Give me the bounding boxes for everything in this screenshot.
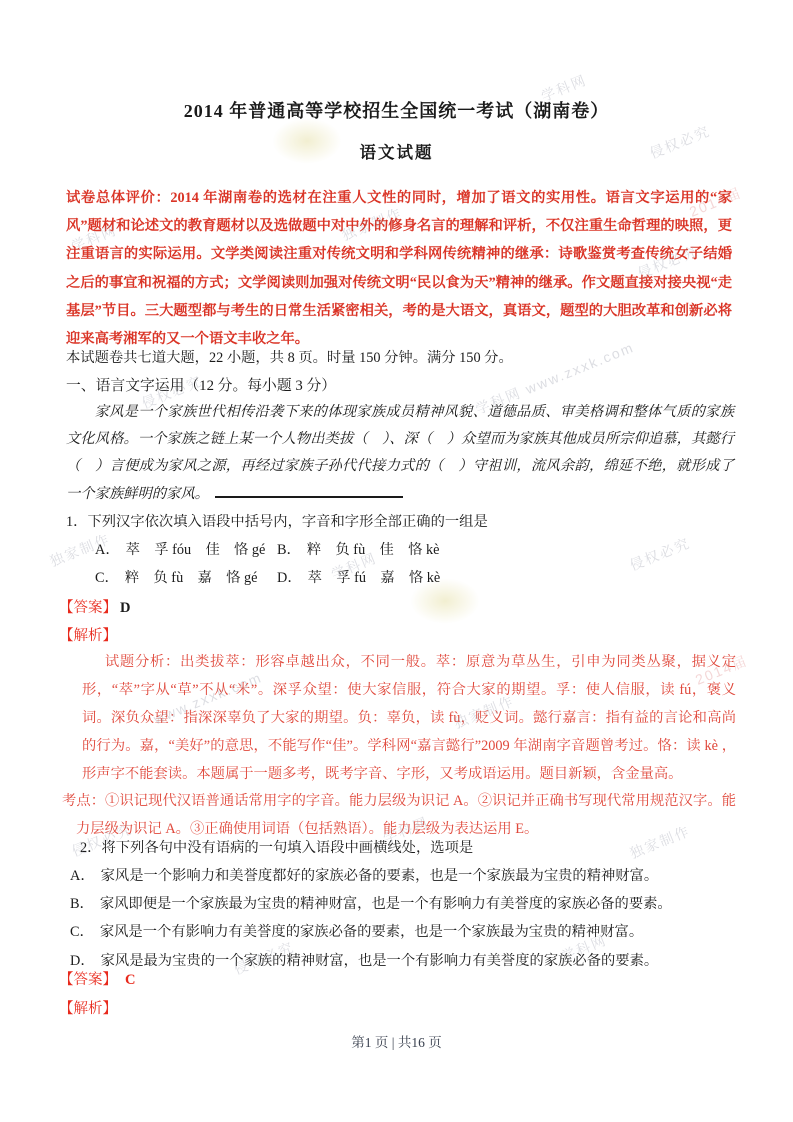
question-2-block: 2．将下列各句中没有语病的一句填入语段中画横线处，选项是 A．家风是一个影响力和… [66,834,736,975]
q2-option-c-label: C． [70,924,94,940]
exam-document-page: 2014 年普通高等学校招生全国统一考试（湖南卷） 语文试题 试卷总体评价：20… [0,0,793,1122]
q1-answer-label: 【答案】 [59,600,117,616]
section-1-heading: 一、语言文字运用（12 分。每小题 3 分） [66,372,732,401]
q1-option-d: D．萃 孚 fú 嘉 恪 kè [277,564,715,592]
q1-analysis-block: 试题分析：出类拔萃：形容卓越出众，不同一般。萃：原意为草丛生，引申为同类丛聚，据… [66,648,736,843]
page-footer: 第1 页 | 共16 页 [0,1033,793,1053]
q1-option-b-text: 粹 负 fù 佳 恪 kè [307,542,440,558]
q1-option-b: B．粹 负 fù 佳 恪 kè [277,536,715,564]
q2-option-b-text: 家风即便是一个家族最为宝贵的精神财富，也是一个有影响力有美誉度的家族必备的要素。 [100,896,672,912]
evaluation-paragraph: 试卷总体评价：2014 年湖南卷的选材在注重人文性的同时，增加了语文的实用性。语… [66,184,732,353]
q1-option-b-label: B． [277,542,301,558]
q2-answer-line: 【答案】C [59,966,459,994]
exam-info-line: 本试题卷共七道大题，22 小题，共 8 页。时量 150 分钟。满分 150 分… [66,344,732,372]
q2-option-c-text: 家风是一个有影响力有美誉度的家族必备的要素，也是一个家族最为宝贵的精神财富。 [100,924,643,940]
q2-answer-value: C [125,972,135,988]
q2-analysis-label: 【解析】 [59,995,459,1023]
passage-text: 家风是一个家族世代相传沿袭下来的体现家族成员精神风貌、道德品质、审美格调和整体气… [66,404,734,502]
q2-option-a-label: A． [70,868,95,884]
q1-option-d-label: D． [277,570,302,586]
q1-option-a-label: A． [95,542,120,558]
q1-option-a: A．萃 孚 fóu 佳 恪 gé [95,536,277,564]
q1-analysis-text: 试题分析：出类拔萃：形容卓越出众，不同一般。萃：原意为草丛生，引申为同类丛聚，据… [82,648,736,788]
doc-title: 2014 年普通高等学校招生全国统一考试（湖南卷） [0,98,793,124]
q2-option-a: A．家风是一个影响力和美誉度都好的家族必备的要素，也是一个家族最为宝贵的精神财富… [70,862,736,890]
q1-option-a-text: 萃 孚 fóu 佳 恪 gé [126,542,266,558]
q1-option-c-label: C． [95,570,119,586]
question-2-stem: 2．将下列各句中没有语病的一句填入语段中画横线处，选项是 [80,834,736,862]
reading-passage: 家风是一个家族世代相传沿袭下来的体现家族成员精神风貌、道德品质、审美格调和整体气… [66,399,734,508]
q1-answer-line: 【答案】D [59,594,459,622]
q1-answer-value: D [120,600,130,616]
q1-analysis-label: 【解析】 [59,622,459,650]
q2-option-c: C．家风是一个有影响力有美誉度的家族必备的要素，也是一个家族最为宝贵的精神财富。 [70,918,736,946]
blank-underline [215,493,403,498]
q1-option-c: C．粹 负 fù 嘉 恪 gé [95,564,277,592]
q2-option-a-text: 家风是一个影响力和美誉度都好的家族必备的要素，也是一个家族最为宝贵的精神财富。 [101,868,659,884]
question-1-stem: 1．下列汉字依次填入语段中括号内，字音和字形全部正确的一组是 [66,508,732,536]
question-1-options: A．萃 孚 fóu 佳 恪 gé B．粹 负 fù 佳 恪 kè C．粹 负 f… [95,536,715,592]
q1-option-d-text: 萃 孚 fú 嘉 恪 kè [308,570,441,586]
q2-option-b: B．家风即便是一个家族最为宝贵的精神财富，也是一个有影响力有美誉度的家族必备的要… [70,890,736,918]
q1-option-c-text: 粹 负 fù 嘉 恪 gé [125,570,258,586]
q2-answer-label: 【答案】 [59,972,117,988]
q2-option-b-label: B． [70,896,94,912]
doc-subtitle: 语文试题 [0,141,793,165]
